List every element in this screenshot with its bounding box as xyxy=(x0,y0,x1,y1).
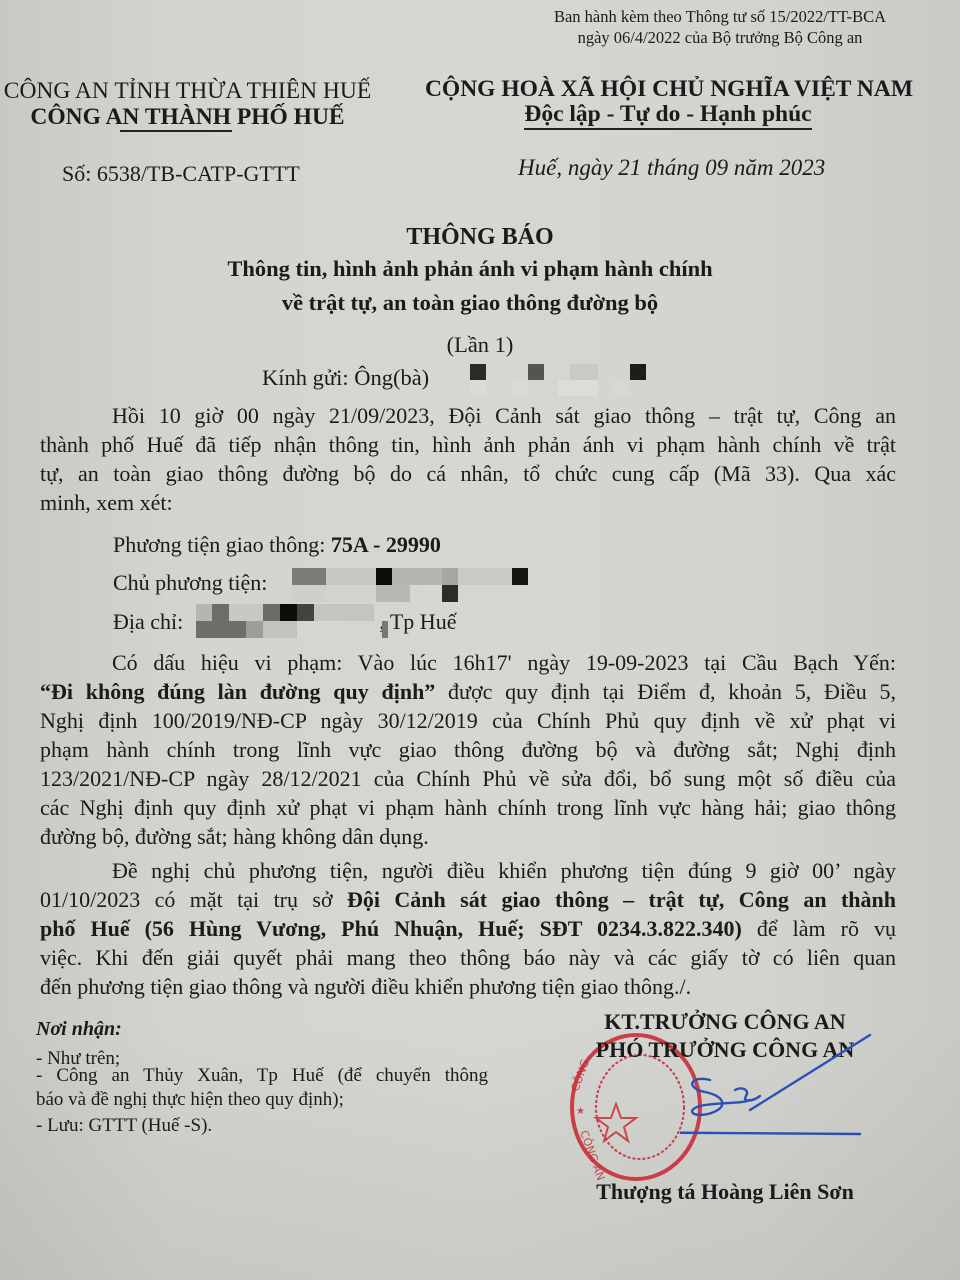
recipient-item-continued: báo và đề nghị thực hiện theo quy định); xyxy=(36,1088,344,1112)
document-subtitle-line-2: về trật tự, an toàn giao thông đường bộ xyxy=(0,290,940,316)
vehicle-field: Phương tiện giao thông: 75A - 29990 xyxy=(113,532,441,558)
intro-line: thành phố Huế đã tiếp nhận thông tin, hì… xyxy=(40,430,896,459)
intro-line: tự, an toàn giao thông đường bộ do cá nh… xyxy=(40,459,896,488)
violation-ref: được quy định tại Điểm đ, khoản 5, Điều … xyxy=(435,679,896,704)
request-date-text: 01/10/2023 có mặt tại trụ sở xyxy=(40,887,347,912)
request-paragraph: Đề nghị chủ phương tiện, người điều khiể… xyxy=(40,856,896,1001)
violation-name: “Đi không đúng làn đường quy định” xyxy=(40,679,435,704)
owner-label: Chủ phương tiện: xyxy=(113,570,267,595)
vehicle-label: Phương tiện giao thông: xyxy=(113,532,331,557)
handwritten-signature-icon xyxy=(680,1030,880,1140)
recipient-item: - Lưu: GTTT (Huế -S). xyxy=(36,1114,212,1138)
violation-line: đường bộ, đường sắt; hàng không dân dụng… xyxy=(40,822,896,851)
national-title: CỘNG HOÀ XÃ HỘI CHỦ NGHĨA VIỆT NAM xyxy=(424,76,914,103)
legal-basis-line-2: ngày 06/4/2022 của Bộ trưởng Bộ Công an xyxy=(520,27,920,48)
agency-underline xyxy=(120,130,232,132)
violation-paragraph: Có dấu hiệu vi phạm: Vào lúc 16h17' ngày… xyxy=(40,648,896,851)
violation-line: “Đi không đúng làn đường quy định” được … xyxy=(40,677,896,706)
intro-paragraph: Hồi 10 giờ 00 ngày 21/09/2023, Đội Cảnh … xyxy=(40,401,896,517)
owner-field: Chủ phương tiện: xyxy=(113,570,267,596)
signer-name: Thượng tá Hoàng Liên Sơn xyxy=(560,1179,890,1205)
violation-line: phạm hành chính trong lĩnh vực giao thôn… xyxy=(40,735,896,764)
violation-intro: Có dấu hiệu vi phạm: Vào lúc 16h17' ngày… xyxy=(40,648,896,677)
intro-line: Hồi 10 giờ 00 ngày 21/09/2023, Đội Cảnh … xyxy=(40,401,896,430)
violation-line: Nghị định 100/2019/NĐ-CP ngày 30/12/2019… xyxy=(40,706,896,735)
recipients-title: Nơi nhận: xyxy=(36,1018,122,1041)
document-number: Số: 6538/TB-CATP-GTTT xyxy=(62,161,300,187)
address-suffix: , Tp Huế xyxy=(379,609,456,634)
legal-basis-note: Ban hành kèm theo Thông tư số 15/2022/TT… xyxy=(520,6,920,48)
request-purpose: để làm rõ vụ xyxy=(742,916,896,941)
intro-line: minh, xem xét: xyxy=(40,488,896,517)
document-date: Huế, ngày 21 tháng 09 năm 2023 xyxy=(518,155,825,181)
legal-basis-line-1: Ban hành kèm theo Thông tư số 15/2022/TT… xyxy=(520,6,920,27)
request-line: phố Huế (56 Hùng Vương, Phú Nhuận, Huế; … xyxy=(40,914,896,943)
request-line: 01/10/2023 có mặt tại trụ sở Đội Cảnh sá… xyxy=(40,885,896,914)
document-title: THÔNG BÁO xyxy=(0,224,960,251)
violation-line: các Nghị định quy định xử phạt vi phạm h… xyxy=(40,793,896,822)
agency-name: CÔNG AN THÀNH PHỐ HUẾ xyxy=(0,104,375,131)
address-label: Địa chỉ: xyxy=(113,609,183,634)
request-line: Đề nghị chủ phương tiện, người điều khiể… xyxy=(40,856,896,885)
request-office: Đội Cảnh sát giao thông – trật tự, Công … xyxy=(347,887,896,912)
recipient-label: Kính gửi: Ông(bà) xyxy=(262,365,429,391)
request-line: việc. Khi đến giải quyết phải mang theo … xyxy=(40,943,896,972)
vehicle-plate: 75A - 29990 xyxy=(331,532,441,557)
national-motto-text: Độc lập - Tự do - Hạnh phúc xyxy=(524,101,811,130)
issue-number: (Lần 1) xyxy=(0,332,960,358)
request-line: đến phương tiện giao thông và người điều… xyxy=(40,972,896,1001)
recipient-item: - Công an Thủy Xuân, Tp Huế (để chuyển t… xyxy=(36,1064,488,1088)
agency-parent: CÔNG AN TỈNH THỪA THIÊN HUẾ xyxy=(0,78,375,105)
national-motto: Độc lập - Tự do - Hạnh phúc xyxy=(468,101,868,128)
request-office-address: phố Huế (56 Hùng Vương, Phú Nhuận, Huế; … xyxy=(40,916,742,941)
svg-text:★: ★ xyxy=(576,1106,585,1117)
document-subtitle-line-1: Thông tin, hình ảnh phản ánh vi phạm hàn… xyxy=(0,256,940,282)
violation-line: 123/2021/NĐ-CP ngày 28/12/2021 của Chính… xyxy=(40,764,896,793)
